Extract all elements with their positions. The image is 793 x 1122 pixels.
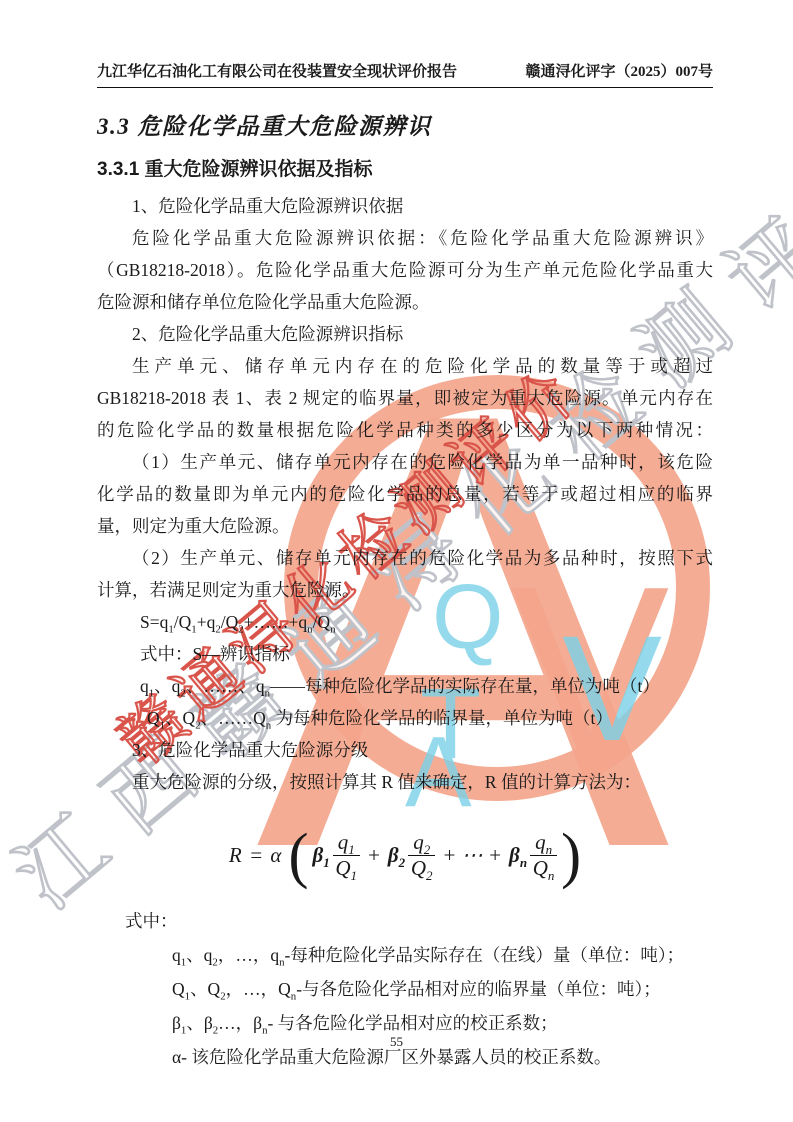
text-line: 生产单元、储存单元内存在的危险化学品的数量等于或超过: [97, 350, 713, 382]
text-line: 2、危险化学品重大危险源辨识指标: [97, 318, 713, 350]
r-formula: R = α(β1q1Q1+β2q2Q2+ ⋯ +βnqnQn): [229, 831, 581, 878]
text-line: 的危险化学品的数量根据危险化学品种类的多少区分为以下两种情况：: [97, 414, 713, 446]
text-line: （GB18218-2018）。危险化学品重大危险源可分为生产单元危险化学品重大: [97, 254, 713, 286]
body-text: 1、危险化学品重大危险源辨识依据危险化学品重大危险源辨识依据：《危险化学品重大危…: [97, 190, 713, 798]
text-line: （1）生产单元、储存单元内存在的危险化学品为单一品种时，该危险: [97, 446, 713, 478]
text-line: 计算，若满足则定为重大危险源。: [97, 574, 713, 606]
text-line: q1、q2，…，qn-每种危险化学品实际存在（在线）量（单位：吨）；: [97, 938, 713, 972]
formula-term: βnqnQn: [509, 831, 557, 878]
formula-term: β2q2Q2: [388, 831, 435, 878]
page-header: 九江华亿石油化工有限公司在役装置安全现状评价报告 赣通浔化评字（2025）007…: [97, 0, 713, 88]
formula-term: β1q1Q1: [312, 831, 359, 878]
text-line: （2）生产单元、储存单元内存在的危险化学品为多品种时，按照下式: [97, 542, 713, 574]
text-line: 式中：S—辨识指标: [97, 638, 713, 670]
text-line: 重大危险源的分级，按照计算其 R 值来确定，R 值的计算方法为：: [97, 766, 713, 798]
section-heading: 3.3 危险化学品重大危险源辨识: [97, 108, 713, 141]
text-line: Q1、Q2、……Qn 为每种危险化学品的临界量，单位为吨（t）: [97, 702, 713, 734]
subsection-heading: 3.3.1 重大危险源辨识依据及指标: [97, 154, 713, 181]
text-line: GB18218-2018 表 1、表 2 规定的临界量，即被定为重大危险源。单元…: [97, 382, 713, 414]
text-line: Q1、Q2，…，Qn-与各危险化学品相对应的临界量（单位：吨）；: [97, 972, 713, 1006]
text-line: 危险化学品重大危险源辨识依据：《危险化学品重大危险源辨识》: [97, 222, 713, 254]
text-line: S=q1/Q1+q2/Q2+……+qn/Qn: [97, 606, 713, 638]
header-left-title: 九江华亿石油化工有限公司在役装置安全现状评价报告: [97, 60, 457, 81]
text-line: 危险源和储存单位危险化学品重大危险源。: [97, 286, 713, 318]
text-line: 化学品的数量即为单元内的危险化学品的总量，若等于或超过相应的临界: [97, 478, 713, 510]
text-line: q1、q2、……、qn——每种危险化学品的实际存在量，单位为吨（t）: [97, 670, 713, 702]
text-line: 量，则定为重大危险源。: [97, 510, 713, 542]
document-page: A V 江西赣通浔化检测评价有限公司 Q T A V 赣通浔化检测评价 九江华亿…: [0, 0, 793, 1122]
text-line: 3、危险化学品重大危险源分级: [97, 734, 713, 766]
text-line: 1、危险化学品重大危险源辨识依据: [97, 190, 713, 222]
header-right-doc-number: 赣通浔化评字（2025）007号: [525, 60, 713, 81]
page-content: 九江华亿石油化工有限公司在役装置安全现状评价报告 赣通浔化评字（2025）007…: [97, 0, 713, 1074]
r-formula-block: R = α(β1q1Q1+β2q2Q2+ ⋯ +βnqnQn): [97, 814, 713, 896]
page-number: 55: [0, 1034, 793, 1050]
text-line: 式中：: [97, 904, 713, 938]
